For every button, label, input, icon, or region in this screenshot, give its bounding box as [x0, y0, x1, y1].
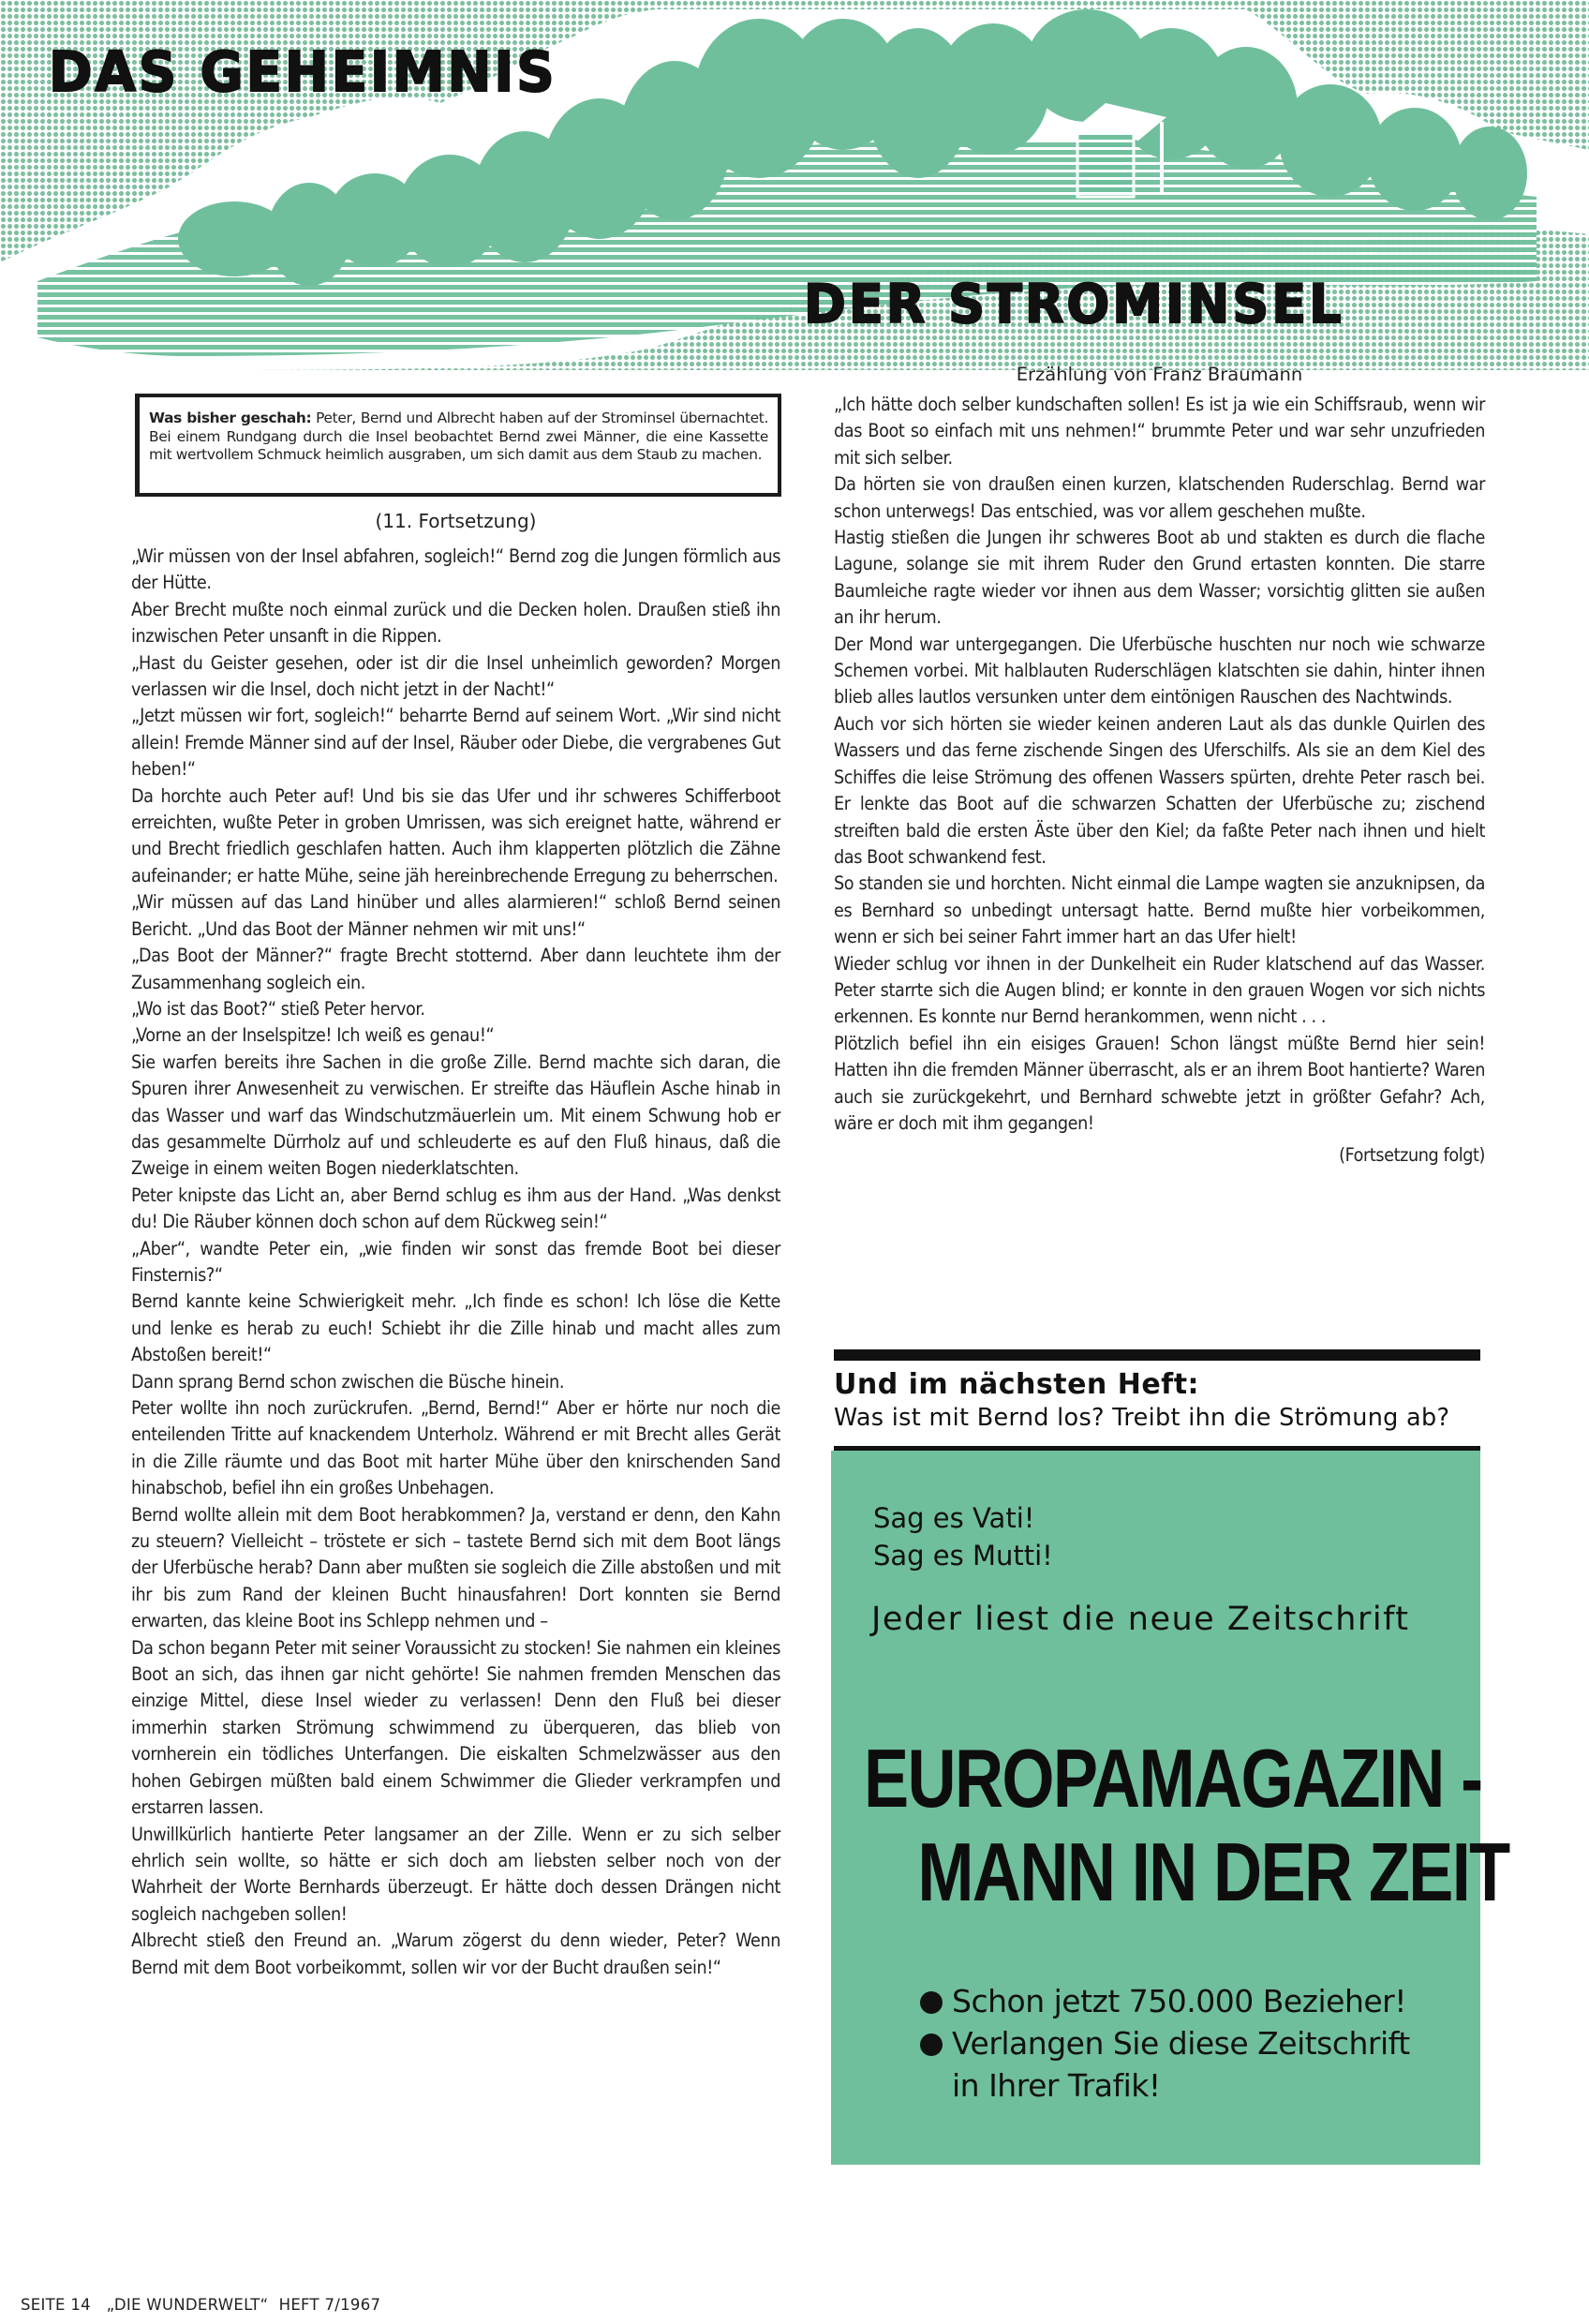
paragraph: So standen sie und horchten. Nicht einma…	[834, 871, 1485, 950]
bullet-dot-icon	[920, 2033, 943, 2056]
bullet-dot-icon	[920, 1991, 943, 2014]
paragraph: Hastig stießen die Jungen ihr schweres B…	[834, 525, 1485, 632]
paragraph: „Jetzt müssen wir fort, sogleich!“ behar…	[131, 703, 780, 782]
issue-number: HEFT 7/1967	[279, 2296, 381, 2314]
paragraph: Der Mond war untergegangen. Die Uferbüsc…	[834, 632, 1485, 711]
paragraph: „Wir müssen von der Insel abfahren, sogl…	[131, 544, 780, 597]
paragraph: Da hörten sie von draußen einen kurzen, …	[834, 471, 1485, 525]
recap-label: Was bisher geschah:	[149, 410, 311, 426]
paragraph: Albrecht stieß den Freund an. „Warum zög…	[131, 1928, 780, 1981]
paragraph: „Vorne an der Inselspitze! Ich weiß es g…	[131, 1022, 780, 1049]
ad-bullet-text: Verlangen Sie diese Zeitschrift	[952, 2022, 1410, 2064]
advertisement-europamagazin: Sag es Vati! Sag es Mutti! Jeder liest d…	[831, 1451, 1480, 2165]
paragraph: Aber Brecht mußte noch einmal zurück und…	[131, 597, 780, 650]
story-left-column: „Wir müssen von der Insel abfahren, sogl…	[131, 544, 780, 1981]
ad-bullet-text: Schon jetzt 750.000 Bezieher!	[952, 1980, 1406, 2022]
ad-line-reads: Jeder liest die neue Zeitschrift	[871, 1601, 1410, 1638]
ad-bullet-list: Schon jetzt 750.000 Bezieher! Verlangen …	[920, 1980, 1410, 2107]
ad-brand-line-1: EUROPAMAGAZIN -	[864, 1732, 1482, 1825]
paragraph: Bernd wollte allein mit dem Boot herabko…	[131, 1502, 780, 1635]
divider-rule	[834, 1349, 1480, 1361]
ad-brand-title: EUROPAMAGAZIN - MANN IN DER ZEIT	[864, 1732, 1356, 1919]
ad-brand-line-2: MANN IN DER ZEIT	[864, 1825, 1356, 1919]
paragraph: „Wo ist das Boot?“ stieß Peter hervor.	[131, 996, 780, 1022]
paragraph: Sie warfen bereits ihre Sachen in die gr…	[131, 1050, 780, 1183]
page-footer: SEITE 14 „DIE WUNDERWELT“ HEFT 7/1967	[21, 2296, 380, 2314]
paragraph: Wieder schlug vor ihnen in der Dunkelhei…	[834, 951, 1485, 1031]
paragraph: „Wir müssen auf das Land hinüber und all…	[131, 889, 780, 943]
ad-bullet-continuation: in Ihrer Trafik!	[920, 2064, 1410, 2107]
paragraph: Peter wollte ihn noch zurückrufen. „Bern…	[131, 1395, 780, 1502]
recap-box: Was bisher geschah: Peter, Bernd und Alb…	[135, 394, 781, 497]
header-illustration: DAS GEHEIMNIS DER STROMINSEL	[0, 0, 1589, 370]
ad-line-mutti: Sag es Mutti!	[873, 1540, 1053, 1572]
paragraph: Unwillkürlich hantierte Peter langsamer …	[131, 1822, 780, 1929]
continuation-note: (Fortsetzung folgt)	[834, 1142, 1485, 1169]
author-byline: Erzählung von Franz Braumann	[834, 364, 1485, 385]
page-number: SEITE 14	[21, 2296, 91, 2314]
paragraph: „Das Boot der Männer?“ fragte Brecht sto…	[131, 943, 780, 996]
ad-bullet: Schon jetzt 750.000 Bezieher!	[920, 1980, 1410, 2022]
paragraph: Dann sprang Bernd schon zwischen die Büs…	[131, 1369, 780, 1395]
paragraph: Plötzlich befiel ihn ein eisiges Grauen!…	[834, 1031, 1485, 1138]
paragraph: Auch vor sich hörten sie wieder keinen a…	[834, 711, 1485, 871]
title-line-2: DER STROMINSEL	[804, 278, 1344, 332]
story-right-column: „Ich hätte doch selber kundschaften soll…	[834, 392, 1485, 1169]
next-issue-heading: Und im nächsten Heft:	[834, 1368, 1199, 1401]
title-line-1: DAS GEHEIMNIS	[49, 46, 557, 101]
ad-line-vati: Sag es Vati!	[873, 1502, 1034, 1534]
installment-number: (11. Fortsetzung)	[131, 510, 780, 532]
paragraph: „Aber“, wandte Peter ein, „wie finden wi…	[131, 1236, 780, 1289]
paragraph: „Ich hätte doch selber kundschaften soll…	[834, 392, 1485, 471]
paragraph: Da horchte auch Peter auf! Und bis sie d…	[131, 783, 780, 890]
next-issue-teaser: Was ist mit Bernd los? Treibt ihn die St…	[834, 1404, 1490, 1432]
magazine-name: „DIE WUNDERWELT“	[107, 2296, 269, 2314]
paragraph: Da schon begann Peter mit seiner Vorauss…	[131, 1635, 780, 1822]
paragraph: Peter knipste das Licht an, aber Bernd s…	[131, 1183, 780, 1236]
paragraph: Bernd kannte keine Schwierigkeit mehr. „…	[131, 1289, 780, 1368]
ad-bullet: Verlangen Sie diese Zeitschrift	[920, 2022, 1410, 2064]
paragraph: „Hast du Geister gesehen, oder ist dir d…	[131, 650, 780, 704]
